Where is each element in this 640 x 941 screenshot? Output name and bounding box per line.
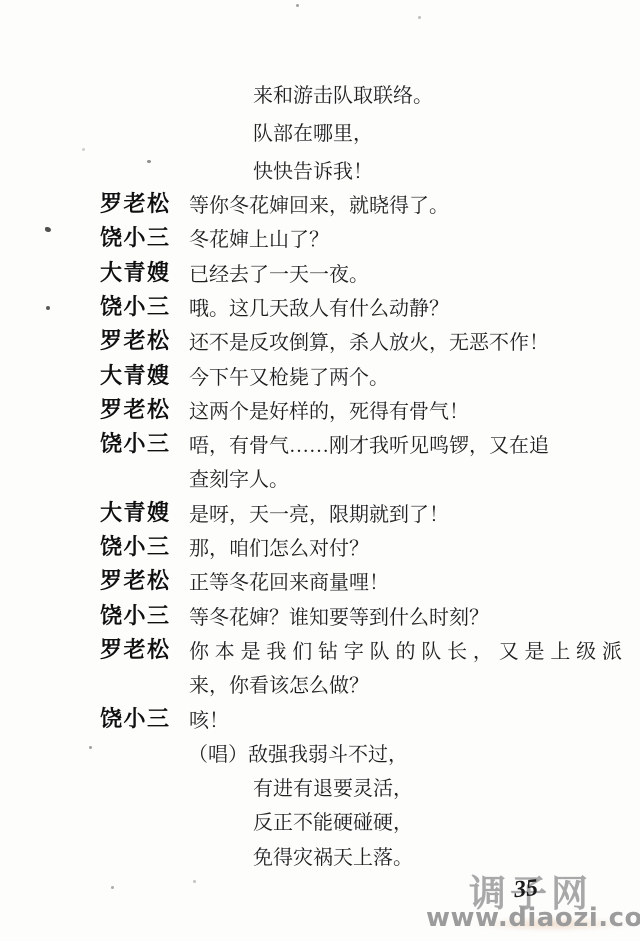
line-text: 来和游击队取联络。	[253, 85, 433, 107]
speaker-name: 饶小三	[100, 534, 180, 561]
script-line-dialogue: 罗老松这两个是好样的，死得有骨气！	[189, 399, 469, 426]
line-text: 正等冬花回来商量哩！	[189, 572, 389, 594]
scan-speck	[46, 306, 50, 310]
scan-speck	[82, 148, 85, 151]
line-text: 是呀，天一亮，限期就到了！	[189, 504, 449, 526]
line-text: 今下午又枪毙了两个。	[189, 367, 389, 389]
script-line-continuation: 来，你看该怎么做？	[189, 673, 369, 700]
script-line-verse: 反正不能硬碰硬，	[253, 810, 413, 837]
line-text: 还不是反攻倒算，杀人放火，无恶不作！	[189, 332, 549, 354]
line-text: 来，你看该怎么做？	[189, 675, 369, 697]
script-line-dialogue: 大青嫂今下午又枪毙了两个。	[189, 365, 389, 392]
speaker-name: 罗老松	[100, 637, 180, 664]
speaker-name: 罗老松	[100, 328, 180, 355]
line-text: 那，咱们怎么对付？	[189, 538, 369, 560]
line-text: 咳！	[189, 710, 229, 732]
line-text: 队部在哪里，	[253, 123, 373, 145]
speaker-name: 罗老松	[100, 568, 180, 595]
scan-speck	[89, 746, 92, 749]
script-line-dialogue: 饶小三等冬花婶？谁知要等到什么时刻？	[189, 605, 489, 632]
script-line-verse: 队部在哪里，	[253, 121, 373, 148]
script-line-verse: 有进有退要灵活，	[253, 776, 413, 803]
speaker-name: 大青嫂	[100, 363, 180, 390]
line-text: 哦。这几天敌人有什么动静？	[189, 298, 449, 320]
script-line-verse: 免得灾祸天上落。	[253, 845, 413, 872]
line-text: 唔，有骨气……刚才我听见鸣锣，又在追	[189, 435, 549, 457]
scan-speck	[296, 4, 299, 7]
speaker-name: 罗老松	[100, 397, 180, 424]
script-line-dialogue: 饶小三咳！	[189, 708, 229, 735]
speaker-name: 饶小三	[100, 225, 180, 252]
script-line-dialogue: 饶小三冬花婶上山了？	[189, 227, 329, 254]
speaker-name: 饶小三	[100, 603, 180, 630]
script-line-dialogue: 饶小三那，咱们怎么对付？	[189, 536, 369, 563]
script-line-dialogue: 罗老松还不是反攻倒算，杀人放火，无恶不作！	[189, 330, 549, 357]
scan-speck	[111, 886, 114, 889]
script-line-dialogue: 大青嫂已经去了一天一夜。	[189, 262, 369, 289]
line-text: 快快告诉我！	[253, 161, 373, 183]
speaker-name: 罗老松	[100, 191, 180, 218]
script-line-continuation: 查刻字人。	[189, 467, 289, 494]
script-line-dialogue: 饶小三哦。这几天敌人有什么动静？	[189, 296, 449, 323]
script-line-dialogue: 罗老松正等冬花回来商量哩！	[189, 570, 389, 597]
scan-speck	[147, 160, 151, 163]
script-line-dialogue: 罗老松等你冬花婶回来，就晓得了。	[189, 193, 449, 220]
line-text: 免得灾祸天上落。	[253, 847, 413, 869]
scan-speck	[45, 227, 51, 232]
script-line-verse: 快快告诉我！	[253, 159, 373, 186]
scan-speck	[418, 16, 421, 19]
script-line-dialogue: 罗老松你本是我们钻字队的队长，又是上级派	[189, 639, 622, 666]
line-text: （唱）敌强我弱斗不过，	[188, 744, 408, 766]
line-text: 你本是我们钻字队的队长，又是上级派	[189, 639, 622, 666]
speaker-name: 饶小三	[100, 294, 180, 321]
page-number: 35	[513, 875, 540, 904]
speaker-name: 饶小三	[100, 431, 180, 458]
line-text: 反正不能硬碰硬，	[253, 812, 413, 834]
line-text: 已经去了一天一夜。	[189, 264, 369, 286]
speaker-name: 大青嫂	[100, 500, 180, 527]
script-line-dialogue: 饶小三唔，有骨气……刚才我听见鸣锣，又在追	[189, 433, 549, 460]
scan-speck	[193, 880, 196, 883]
line-text: 这两个是好样的，死得有骨气！	[189, 401, 469, 423]
line-text: 等你冬花婶回来，就晓得了。	[189, 195, 449, 217]
line-text: 有进有退要灵活，	[253, 778, 413, 800]
book-page: 来和游击队取联络。队部在哪里，快快告诉我！罗老松等你冬花婶回来，就晓得了。饶小三…	[0, 0, 640, 941]
line-text: 查刻字人。	[189, 469, 289, 491]
script-line-dialogue: 大青嫂是呀，天一亮，限期就到了！	[189, 502, 449, 529]
line-text: 冬花婶上山了？	[189, 229, 329, 251]
script-line-verse: 来和游击队取联络。	[253, 83, 433, 110]
watermark-site-url: www.diaozi.com	[426, 903, 640, 933]
script-line-stage-sing: （唱）敌强我弱斗不过，	[188, 742, 408, 769]
speaker-name: 饶小三	[100, 706, 180, 733]
line-text: 等冬花婶？谁知要等到什么时刻？	[189, 607, 489, 629]
speaker-name: 大青嫂	[100, 260, 180, 287]
